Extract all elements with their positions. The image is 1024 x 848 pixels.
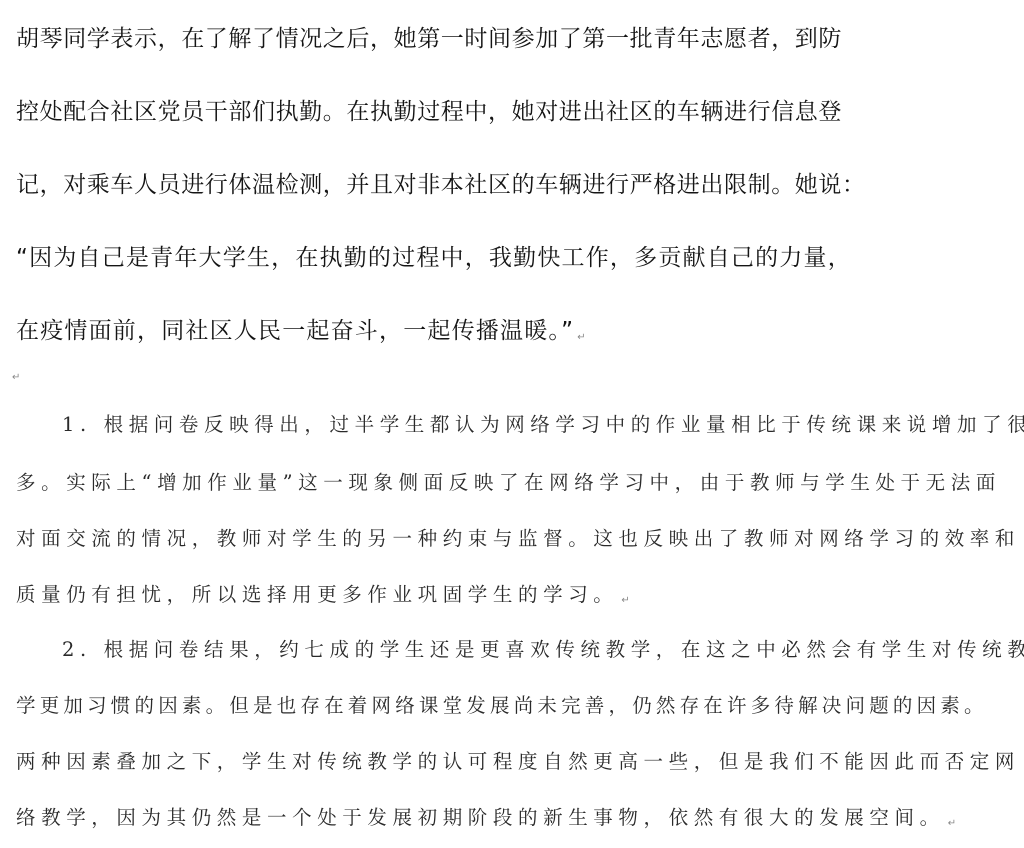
text-line: 控处配合社区党员干部们执勤。在执勤过程中，她对进出社区的车辆进行信息登 — [16, 93, 842, 126]
text-line: 记，对乘车人员进行体温检测，并且对非本社区的车辆进行严格进出限制。她说： — [16, 166, 866, 199]
paragraph-mark-icon: ↵ — [12, 372, 20, 383]
paragraph-mark-icon: ↵ — [577, 332, 585, 343]
text-line: 两种因素叠加之下，学生对传统教学的认可程度自然更高一些，但是我们不能因此而否定网 — [16, 746, 1020, 774]
text-line: 质量仍有担忧，所以选择用更多作业巩固学生的学习。↵ — [16, 579, 630, 607]
text-line-content: 在疫情面前，同社区人民一起奋斗，一起传播温暖。” — [16, 318, 574, 344]
paragraph-mark-icon: ↵ — [621, 595, 629, 606]
text-line: 胡琴同学表示，在了解了情况之后，她第一时间参加了第一批青年志愿者，到防 — [16, 20, 842, 53]
text-line: 多。实际上“增加作业量”这一现象侧面反映了在网络学习中，由于教师与学生处于无法面 — [16, 467, 1001, 495]
text-line-content: 质量仍有担忧，所以选择用更多作业巩固学生的学习。 — [16, 583, 618, 606]
paragraph-mark-icon: ↵ — [948, 818, 956, 829]
text-line: 2. 根据问卷结果，约七成的学生还是更喜欢传统教学，在这之中必然会有学生对传统教 — [62, 634, 1024, 662]
text-line: “因为自己是青年大学生，在执勤的过程中，我勤快工作，多贡献自己的力量， — [16, 239, 852, 272]
text-line-content: 络教学，因为其仍然是一个处于发展初期阶段的新生事物，依然有很大的发展空间。 — [16, 806, 945, 829]
text-line: 学更加习惯的因素。但是也存在着网络课堂发展尚未完善，仍然存在许多待解决问题的因素… — [16, 690, 988, 718]
text-line: 对面交流的情况，教师对学生的另一种约束与监督。这也反映出了教师对网络学习的效率和 — [16, 523, 1020, 551]
text-line: 络教学，因为其仍然是一个处于发展初期阶段的新生事物，依然有很大的发展空间。↵ — [16, 802, 956, 830]
text-line: 1. 根据问卷反映得出，过半学生都认为网络学习中的作业量相比于传统课来说增加了很 — [62, 409, 1024, 437]
document-page: 胡琴同学表示，在了解了情况之后，她第一时间参加了第一批青年志愿者，到防 控处配合… — [0, 0, 1024, 848]
text-line: 在疫情面前，同社区人民一起奋斗，一起传播温暖。”↵ — [16, 312, 586, 345]
